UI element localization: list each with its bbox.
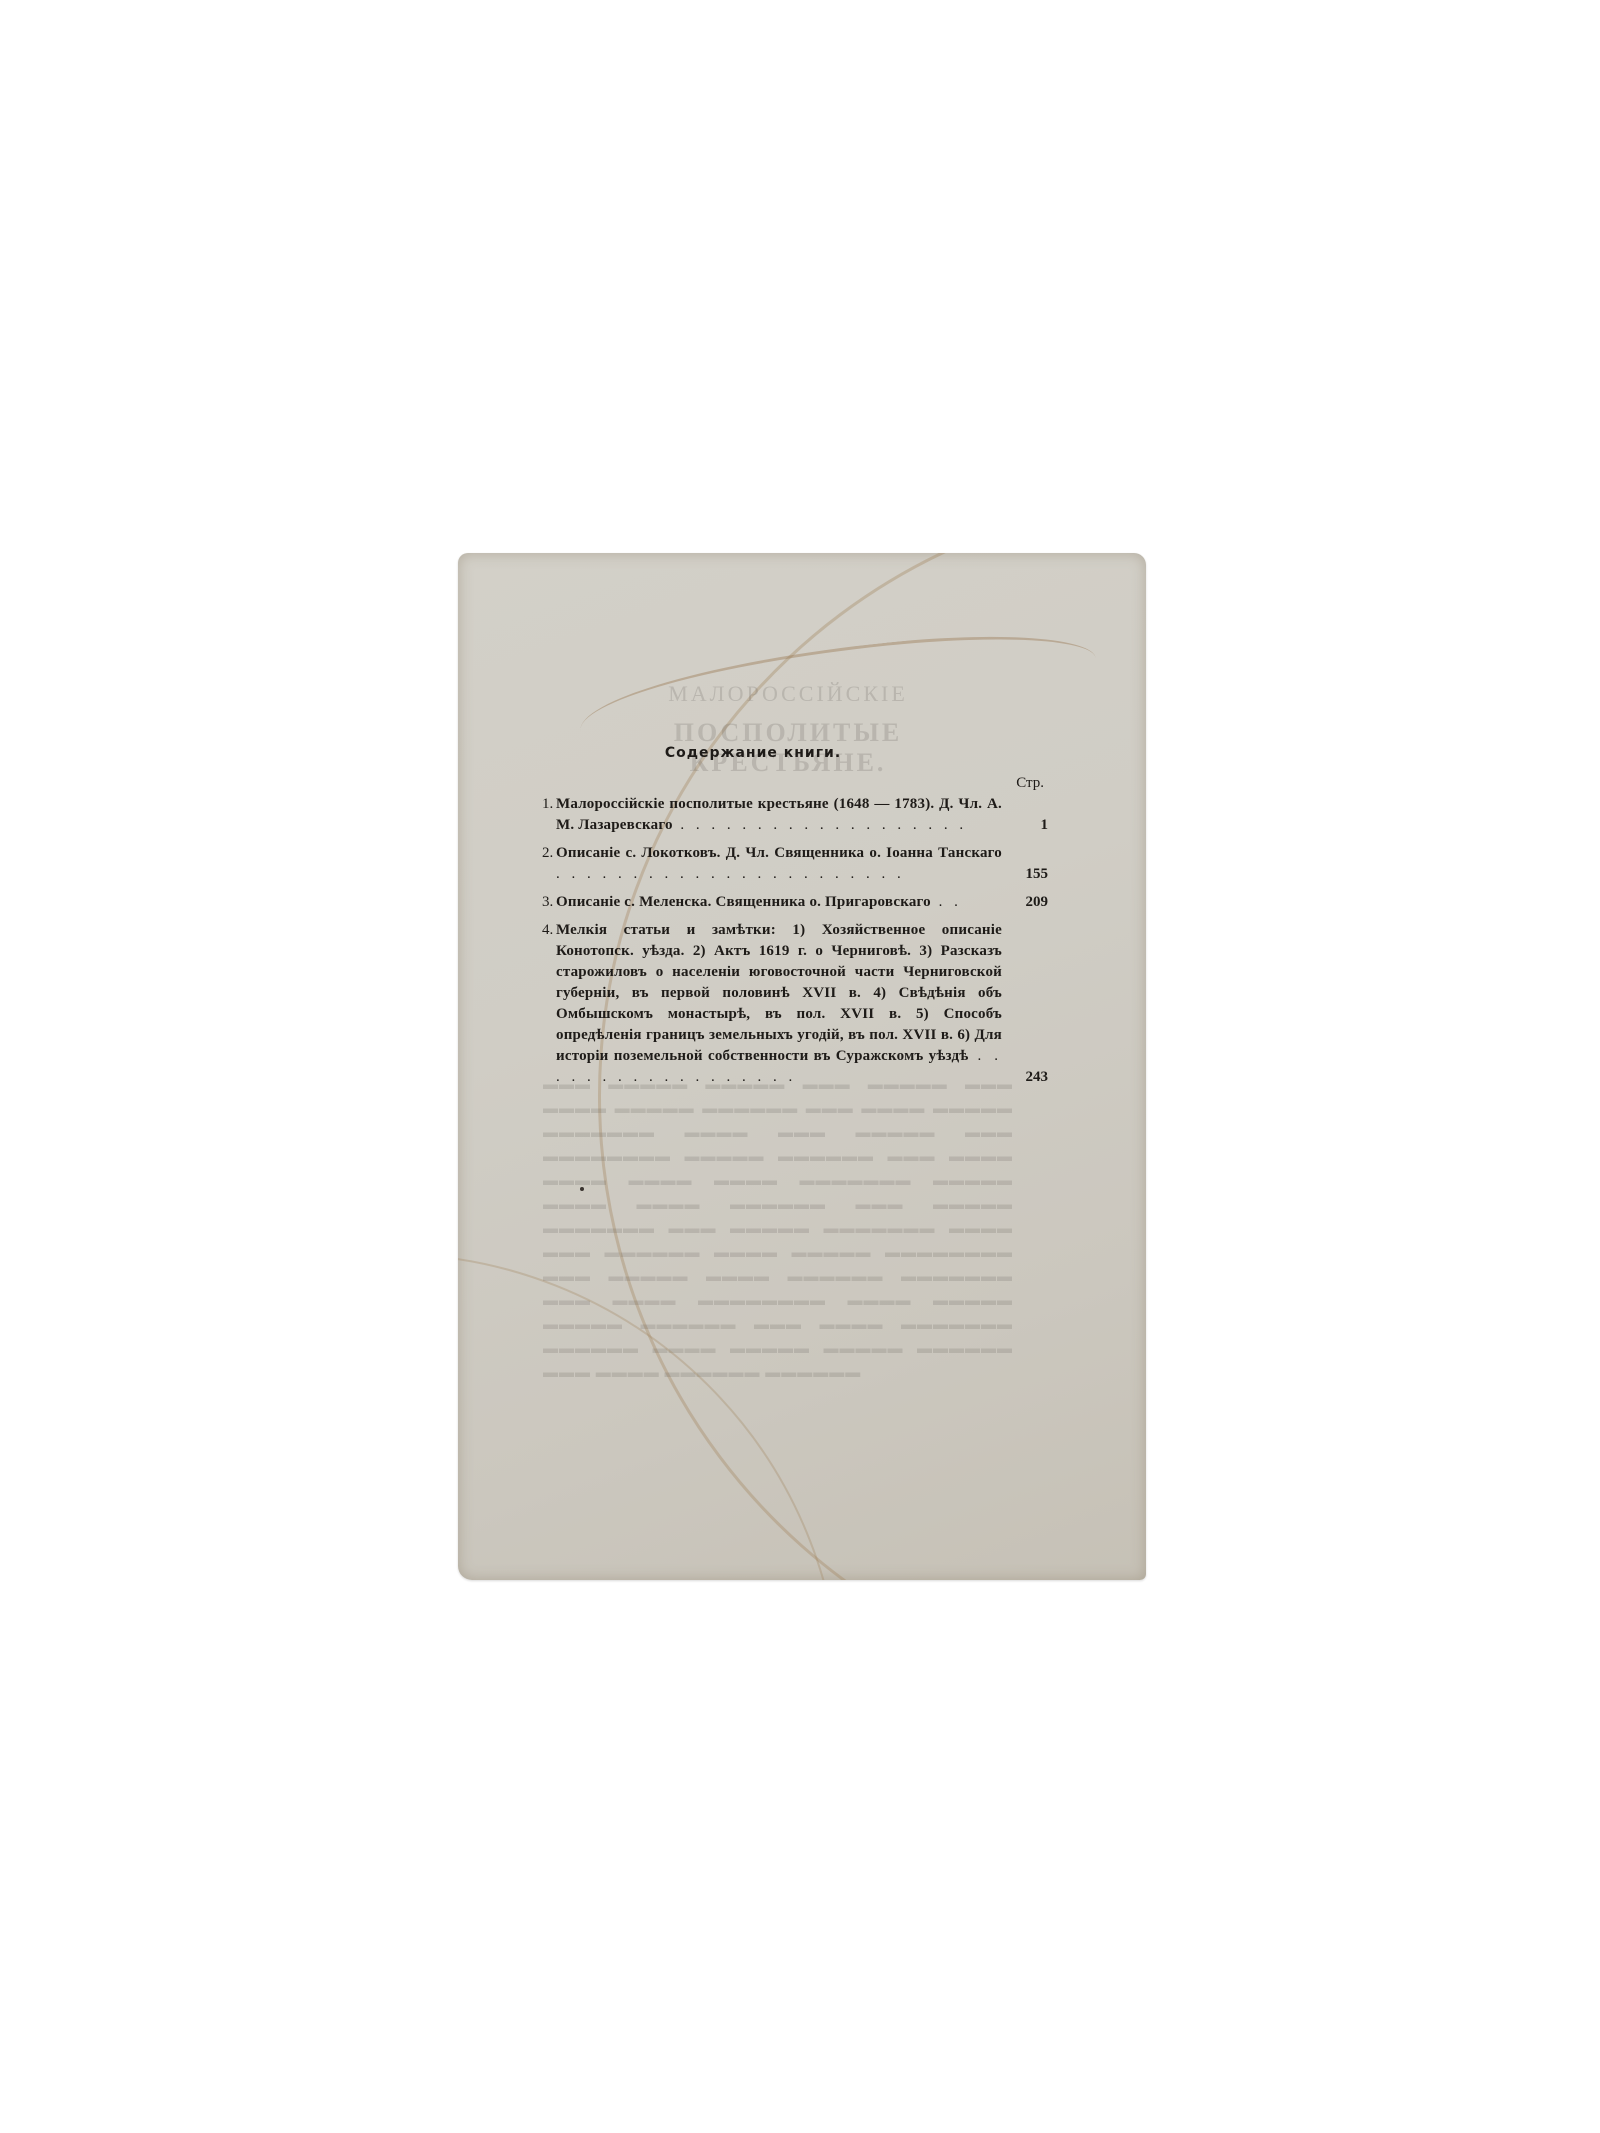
bleed-through-text: ▬▬▬ ▬▬▬▬▬ ▬▬▬▬▬ ▬▬▬ ▬▬▬▬▬ ▬▬▬ ▬▬▬▬ ▬▬▬▬▬… xyxy=(543,1073,1013,1385)
entry-number: 4. xyxy=(542,920,556,941)
entry-number: 2. xyxy=(542,843,556,864)
pages-column-header: Стр. xyxy=(542,775,1044,792)
document-page: МАЛОРОССІЙСКІЕ ПОСПОЛИТЫЕ КРЕСТЬЯНЕ. ▬▬▬… xyxy=(458,553,1146,1580)
toc-entry: 4. Мелкія статьи и замѣтки: 1) Хозяйстве… xyxy=(542,920,1034,1088)
dot-leader: . . . . . . . . . . . . . . . . . . . xyxy=(673,817,968,833)
entry-number: 3. xyxy=(542,892,556,913)
entry-text: Описаніе с. Локотковъ. Д. Чл. Священника… xyxy=(556,845,1002,861)
entry-page: 1 xyxy=(1002,815,1048,836)
entry-text: Мелкія статьи и замѣтки: 1) Хозяйственно… xyxy=(556,922,1002,1064)
bleed-through-title-1: МАЛОРОССІЙСКІЕ xyxy=(578,681,998,707)
toc-entry: 3. Описаніе с. Меленска. Священника о. П… xyxy=(542,892,1034,913)
toc-entry: 1. Малороссійскіе посполитые крестьяне (… xyxy=(542,794,1034,836)
entry-text: Описаніе с. Меленска. Священника о. Приг… xyxy=(556,894,931,910)
table-of-contents: Содержание книги. Стр. 1. Малороссійскіе… xyxy=(542,745,1034,1095)
entry-number: 1. xyxy=(542,794,556,815)
entry-page: 209 xyxy=(1002,892,1048,913)
toc-title: Содержание книги. xyxy=(532,745,974,761)
toc-entry: 2. Описаніе с. Локотковъ. Д. Чл. Священн… xyxy=(542,843,1034,885)
ink-speck xyxy=(580,1187,584,1191)
dot-leader: . . . . . . . . . . . . . . . . . . . . … xyxy=(556,866,905,882)
entry-page: 243 xyxy=(1002,1067,1048,1088)
entry-page: 155 xyxy=(1002,864,1048,885)
dot-leader: . . xyxy=(931,894,962,910)
